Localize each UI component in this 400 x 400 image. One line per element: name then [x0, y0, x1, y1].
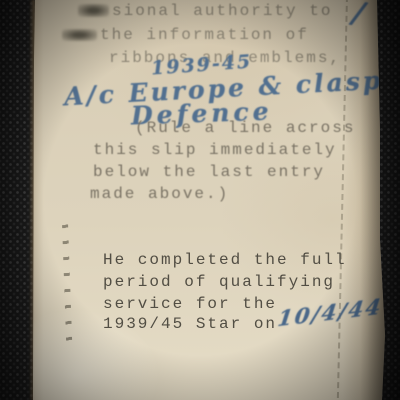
typed-statement-line-3: service for the [103, 295, 277, 313]
typed-statement-line-1: He completed the full [103, 251, 347, 269]
typed-instruction-line-3: below the last entry [93, 163, 325, 181]
typed-statement-line-4: 1939/45 Star on [103, 315, 277, 333]
typed-instruction-line-4: made above.) [90, 185, 229, 203]
typed-header-line-1: sional authority to [112, 2, 332, 20]
margin-tick-marks [62, 212, 73, 348]
overtyped-smudge [62, 29, 97, 41]
handwritten-completion-date: 10/4/44 [276, 294, 384, 331]
typed-header-line-2: the information of [100, 26, 309, 44]
handwritten-check-stroke: / [350, 0, 367, 32]
typed-statement-line-2: period of qualifying [103, 273, 335, 291]
typed-instruction-line-1: (Rule a line across [135, 119, 355, 137]
typed-instruction-line-2: this slip immediately [93, 141, 337, 159]
paper-slip: sional authority to the information of r… [33, 0, 385, 400]
photo-of-document: sional authority to the information of r… [0, 0, 400, 400]
overtyped-smudge [78, 4, 109, 17]
